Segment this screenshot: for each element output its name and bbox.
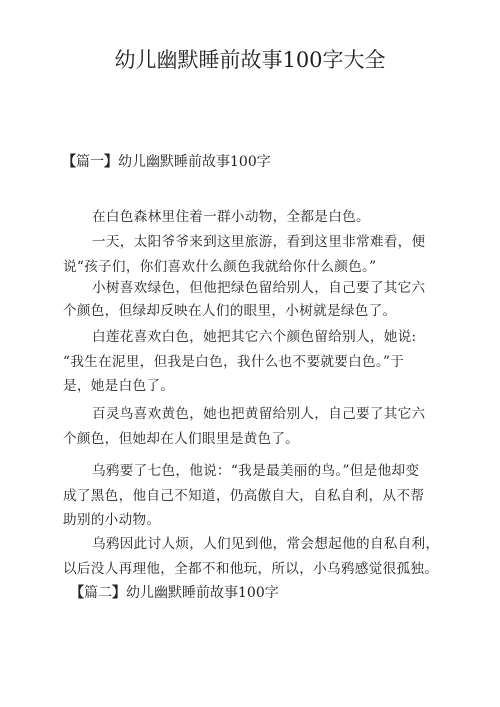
paragraph-line: “我生在泥里，但我是白色，我什么也不要就要白色。”于 [63,350,404,370]
paragraph-line: 是，她是白色了。 [63,374,174,394]
paragraph-line: 白莲花喜欢白色，她把其它六个颜色留给别人，她说: [92,325,416,345]
document-title: 幼儿幽默睡前故事100字大全 [0,44,500,74]
paragraph-line: 在白色森林里住着一群小动物，全都是白色。 [92,205,370,225]
paragraph-line: 个颜色，但绿却反映在人们的眼里，小树就是绿色了。 [63,299,396,319]
heading-text: 幼儿幽默睡前故事100字 [126,585,279,601]
paragraph-line: 乌鸦要了七色，他说：“我是最美丽的鸟。”但是他却变 [92,459,419,479]
paragraph-line: 说“孩子们，你们喜欢什么颜色我就给你什么颜色。” [63,255,376,275]
paragraph-line: 百灵鸟喜欢黄色，她也把黄留给别人，自己要了其它六 [92,402,425,422]
heading-bracket-close: 】 [104,154,118,170]
paragraph-line: 乌鸦因此讨人烦，人们见到他，常会想起他的自私自利， [92,532,439,552]
paragraph-line: 以后没人再理他，全都不和他玩，所以，小乌鸦感觉很孤独。 [63,557,438,577]
heading-label: 篇一 [76,154,104,170]
paragraph-line: 一天，太阳爷爷来到这里旅游，看到这里非常难看，便 [92,230,425,250]
paragraph-line: 个颜色，但她却在人们眼里是黄色了。 [63,427,299,447]
paragraph-line: 成了黑色，他自己不知道，仍高傲自大，自私自利，从不帮 [63,484,424,504]
heading-text: 幼儿幽默睡前故事100字 [118,154,271,170]
heading-bracket-open: 【 [62,154,76,170]
heading-bracket-open: 【 [70,585,84,601]
heading-label: 篇二 [84,585,112,601]
section-heading-2: 【篇二】幼儿幽默睡前故事100字 [70,582,279,602]
section-heading-1: 【篇一】幼儿幽默睡前故事100字 [62,151,271,171]
paragraph-line: 小树喜欢绿色，但他把绿色留给别人，自己要了其它六 [92,276,425,296]
heading-bracket-close: 】 [112,585,126,601]
document-page: 幼儿幽默睡前故事100字大全 【篇一】幼儿幽默睡前故事100字 在白色森林里住着… [0,0,500,707]
paragraph-line: 助别的小动物。 [63,508,160,528]
